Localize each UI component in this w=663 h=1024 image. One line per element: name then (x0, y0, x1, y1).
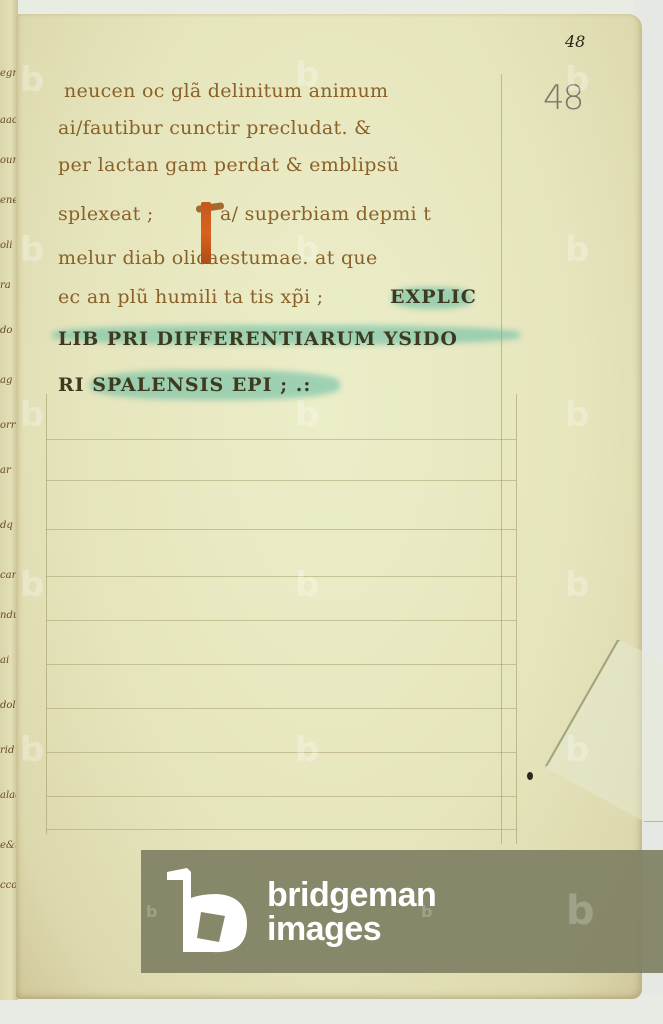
facing-text-fragment: oli (0, 240, 12, 251)
bridgeman-watermark-banner: bridgeman images b b b (141, 850, 663, 973)
facing-text-fragment: orr (0, 420, 16, 431)
watermark-b-icon: b (146, 902, 157, 921)
ruling-line (46, 796, 516, 797)
watermark-b-icon: b (20, 395, 44, 435)
ruling-line (46, 752, 516, 753)
watermark-b-icon: b (565, 230, 589, 270)
facing-text-fragment: ra (0, 280, 11, 291)
watermark-b-icon: b (566, 888, 595, 934)
ruling-line (46, 439, 516, 440)
watermark-b-icon: b (565, 565, 589, 605)
ruling-line (46, 664, 516, 665)
watermark-b-icon: b (20, 730, 44, 770)
folio-number-ink: 48 (565, 32, 585, 51)
ruling-line (46, 708, 516, 709)
colophon-line-2: LIB PRI DIFFERENTIARUM YSIDO (58, 328, 458, 350)
facing-text-fragment: dq (0, 520, 13, 531)
ruling-line (46, 529, 516, 530)
watermark-b-icon: b (20, 60, 44, 100)
watermark-b-icon: b (565, 60, 589, 100)
watermark-b-icon: b (295, 730, 319, 770)
watermark-b-icon: b (295, 230, 319, 270)
bridgeman-wordmark: bridgeman images (267, 878, 436, 946)
text-line-1: neucen oc glã delinitum animum (64, 80, 388, 102)
ruling-line (46, 829, 516, 830)
facing-text-fragment: rid (0, 745, 14, 756)
watermark-b-icon: b (565, 395, 589, 435)
ruling-line (46, 576, 516, 577)
text-line-4-rest: a/ superbiam depmi t (220, 203, 431, 225)
ink-stain (527, 772, 533, 780)
facing-text-fragment: do (0, 325, 12, 336)
ruling-line-vertical (46, 394, 47, 834)
facing-text-fragment: ai (0, 655, 9, 666)
colophon-line-3: RI SPALENSIS EPI ; .: (58, 374, 311, 396)
brand-line-1: bridgeman (267, 878, 436, 912)
watermark-b-icon: b (20, 230, 44, 270)
facing-text-fragment: ar (0, 465, 11, 476)
colophon-explicit: EXPLIC (390, 286, 477, 308)
bridgeman-b-logo-icon (167, 868, 249, 954)
text-line-6: ec an plũ humili ta tis xp̃i ; (58, 286, 323, 308)
facing-text-fragment: car (0, 570, 16, 581)
ruling-line (46, 480, 516, 481)
ruling-line-vertical (516, 394, 517, 844)
text-line-3: per lactan gam perdat & emblipsũ (58, 154, 399, 176)
brand-line-2: images (267, 912, 436, 946)
text-line-4: splexeat ; (58, 203, 154, 225)
ruling-line (46, 620, 516, 621)
watermark-b-icon: b (295, 565, 319, 605)
watermark-b-icon: b (295, 395, 319, 435)
watermark-b-icon: b (295, 55, 319, 95)
ruling-line-vertical (501, 74, 502, 844)
text-line-5: melur diab olicaestumae. at que (58, 247, 378, 269)
watermark-b-icon: b (20, 565, 44, 605)
facing-text-fragment: our (0, 155, 17, 166)
watermark-b-icon: b (565, 730, 589, 770)
facing-text-fragment: dol (0, 700, 16, 711)
text-line-2: ai/fautibur cunctir precludat. & (58, 117, 371, 139)
facing-text-fragment: ag (0, 375, 12, 386)
watermark-b-icon: b (421, 902, 432, 921)
